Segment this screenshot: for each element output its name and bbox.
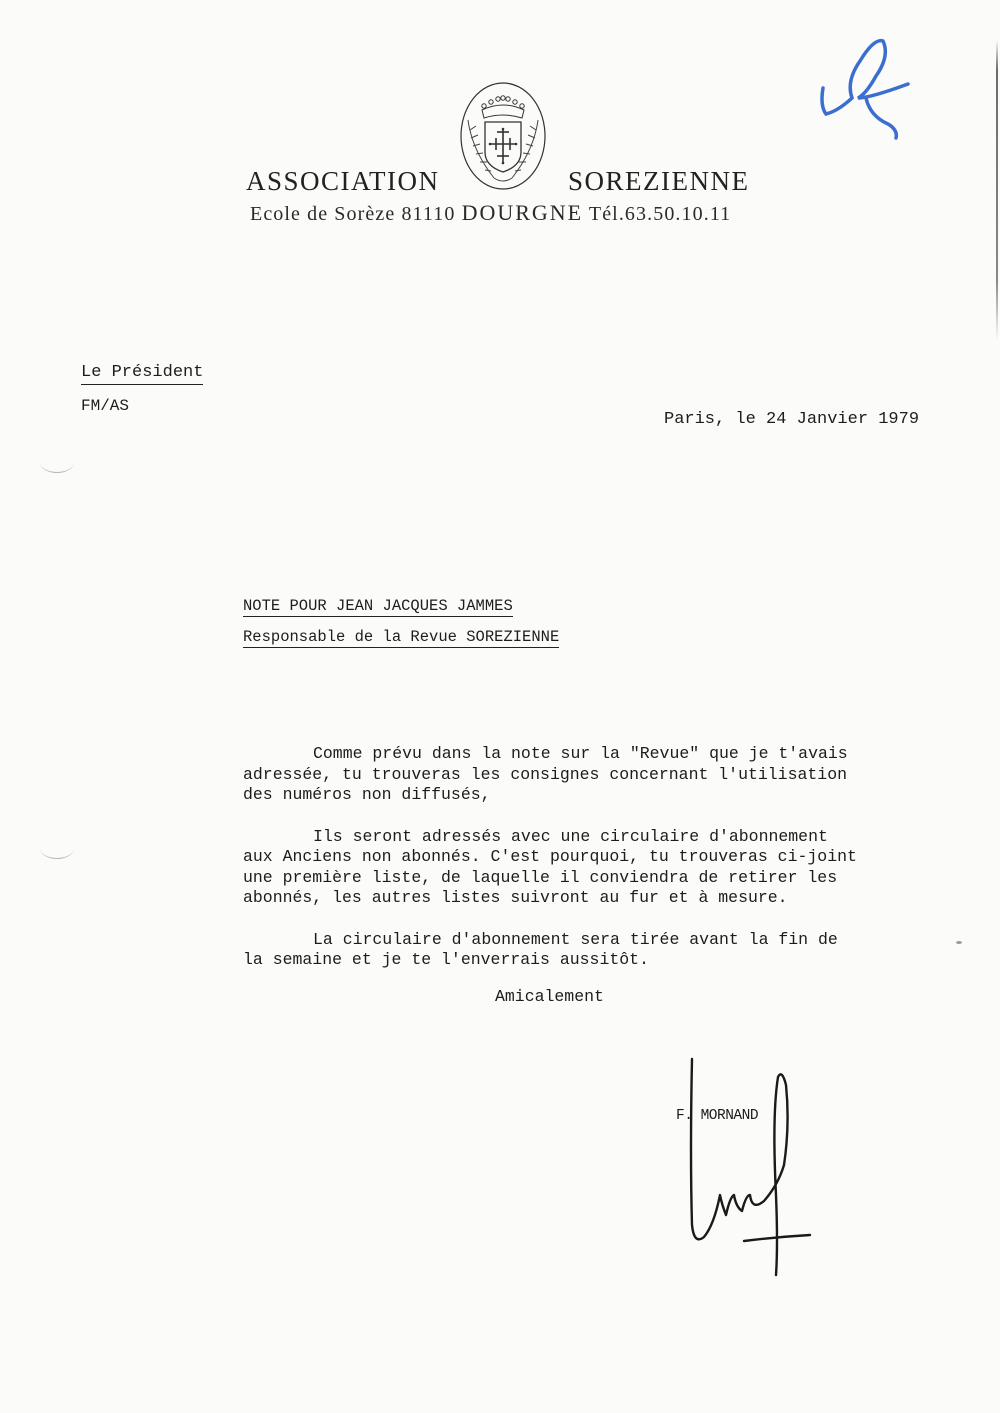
- punch-hole-mark: [40, 838, 74, 859]
- date-line: Paris, le 24 Janvier 1979: [664, 410, 919, 429]
- org-name-left: ASSOCIATION: [246, 166, 440, 197]
- reference-code: FM/AS: [81, 397, 129, 415]
- org-name-right: SOREZIENNE: [568, 166, 749, 197]
- body-paragraph: La circulaire d'abonnement sera tirée av…: [243, 930, 883, 971]
- coat-of-arms-icon: [458, 80, 548, 192]
- address-postcode: 81110: [401, 203, 455, 225]
- body-paragraph: Comme prévu dans la note sur la "Revue" …: [243, 744, 883, 806]
- paper-speck: [956, 941, 962, 944]
- sender-title: Le Président: [81, 363, 203, 385]
- body-paragraph: Ils seront adressés avec une circulaire …: [243, 827, 883, 909]
- handwritten-signature: [680, 1055, 830, 1285]
- handwritten-initials: [808, 26, 918, 146]
- subject-block: NOTE POUR JEAN JACQUES JAMMES Responsabl…: [243, 596, 559, 658]
- subject-line-2: Responsable de la Revue SOREZIENNE: [243, 627, 559, 648]
- page-scan-edge: [996, 40, 998, 340]
- punch-hole-mark: [40, 452, 74, 473]
- org-address: Ecole de Sorèze 81110 DOURGNE Tél.63.50.…: [250, 200, 731, 226]
- subject-line-1: NOTE POUR JEAN JACQUES JAMMES: [243, 596, 513, 617]
- address-phone: Tél.63.50.10.11: [589, 203, 731, 225]
- address-school: Ecole de Sorèze: [250, 203, 395, 225]
- signatory-name: F. MORNAND: [676, 1108, 758, 1124]
- address-city: DOURGNE: [462, 200, 584, 225]
- letter-body: Comme prévu dans la note sur la "Revue" …: [243, 744, 883, 992]
- letterhead: ASSOCIATION SOREZIENNE Ecole de Sorèze 8…: [246, 78, 776, 228]
- closing: Amicalement: [495, 987, 604, 1006]
